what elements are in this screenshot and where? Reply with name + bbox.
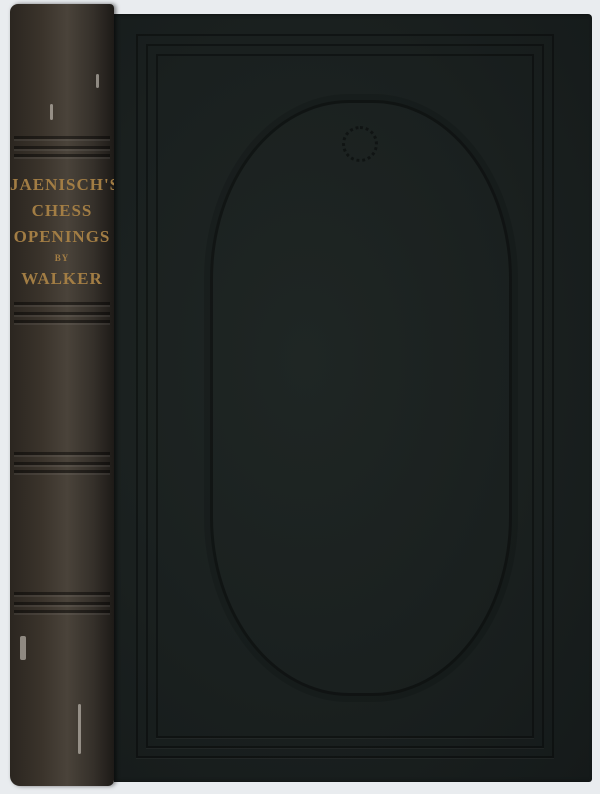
- spine-band: [14, 470, 110, 473]
- spine-title-line: WALKER: [10, 266, 114, 292]
- spine-band: [14, 592, 110, 595]
- spine-title: JAENISCH'S CHESS OPENINGS BY WALKER: [10, 172, 114, 292]
- spine-band: [14, 452, 110, 455]
- embossed-rosette: [342, 126, 378, 162]
- embossed-cartouche: [210, 100, 512, 696]
- spine-band: [14, 610, 110, 613]
- wear-mark: [50, 104, 53, 120]
- wear-mark: [96, 74, 99, 88]
- book-front-cover: [114, 14, 592, 782]
- spine-band: [14, 320, 110, 323]
- spine-band: [14, 462, 110, 465]
- spine-band: [14, 312, 110, 315]
- spine-title-line: OPENINGS: [10, 224, 114, 250]
- spine-band: [14, 154, 110, 157]
- spine-title-line: CHESS: [10, 198, 114, 224]
- spine-band: [14, 302, 110, 305]
- spine-band: [14, 602, 110, 605]
- spine-title-line: BY: [10, 250, 114, 266]
- spine-band: [14, 146, 110, 149]
- spine-band: [14, 136, 110, 139]
- wear-mark: [78, 704, 81, 754]
- wear-mark: [20, 636, 26, 660]
- spine-title-line: JAENISCH'S: [10, 172, 114, 198]
- book-spine: JAENISCH'S CHESS OPENINGS BY WALKER: [10, 4, 114, 786]
